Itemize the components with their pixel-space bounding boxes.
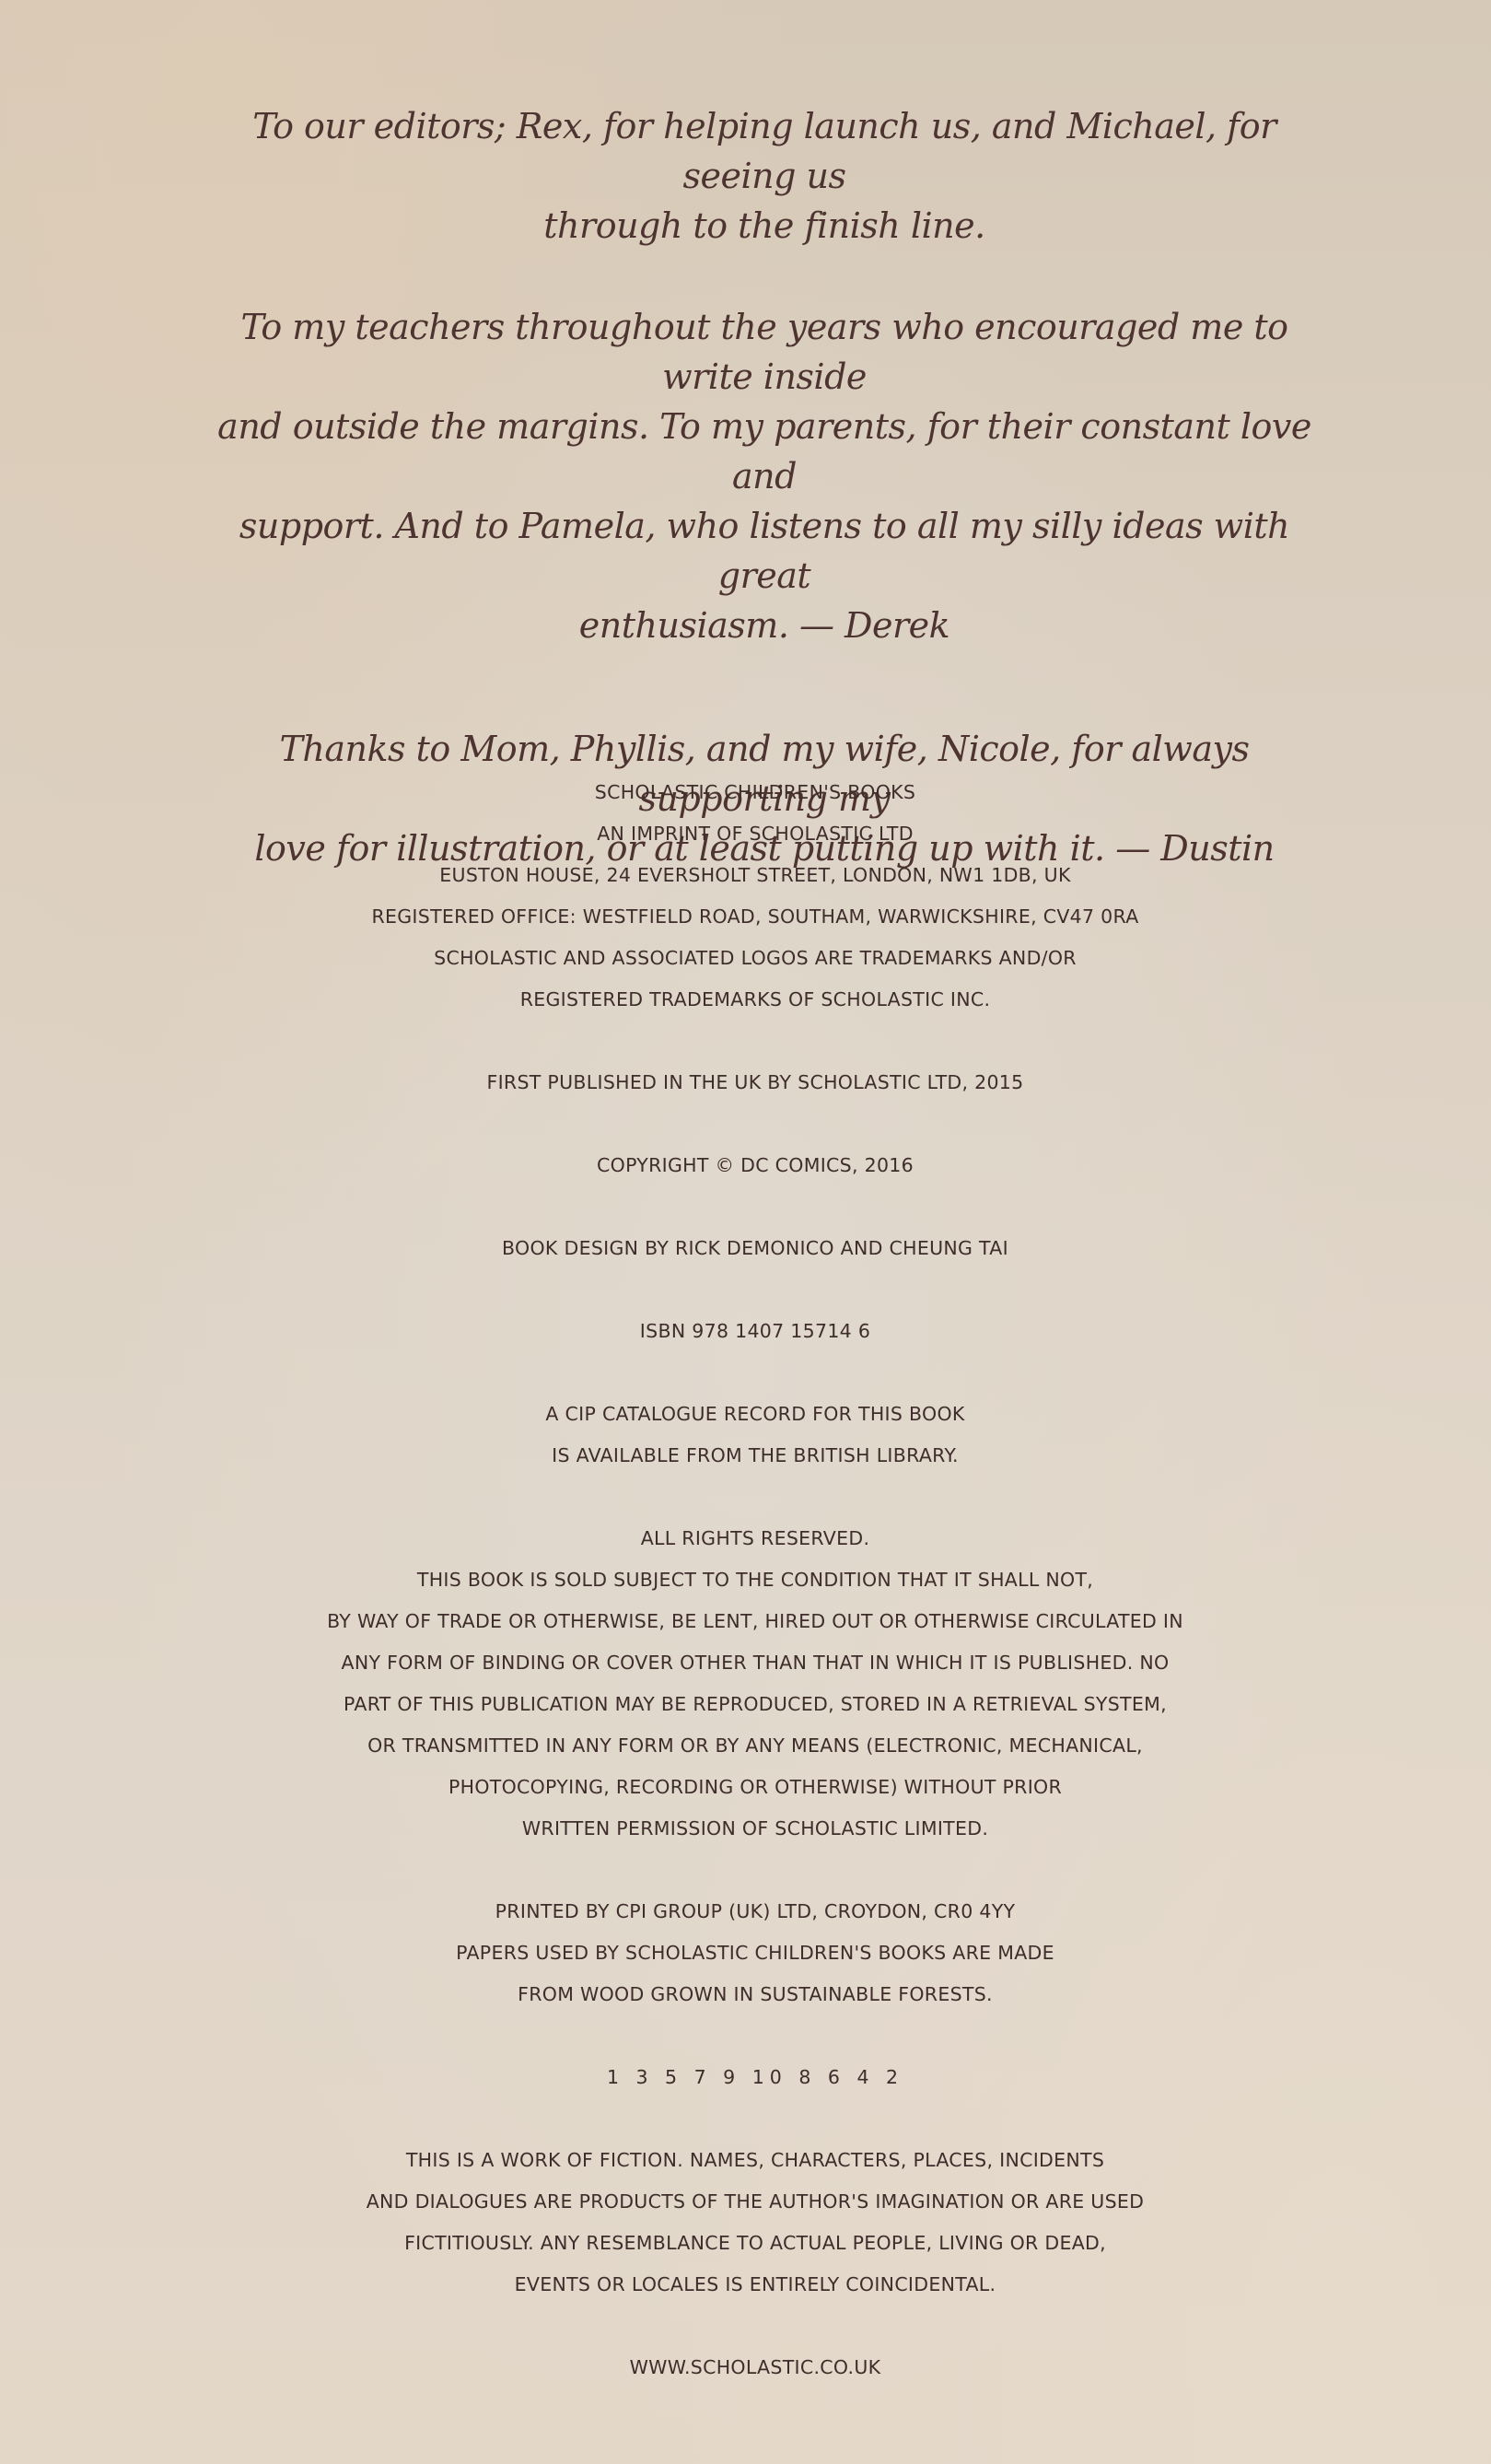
publisher-address: EUSTON HOUSE, 24 EVERSHOLT STREET, LONDO…: [184, 855, 1326, 896]
registered-office: REGISTERED OFFICE: WESTFIELD ROAD, SOUTH…: [184, 896, 1326, 938]
printer-line: FROM WOOD GROWN IN SUSTAINABLE FORESTS.: [184, 1974, 1326, 2015]
dedication-line: support. And to Pamela, who listens to a…: [239, 506, 1289, 596]
rights-line: PHOTOCOPYING, RECORDING OR OTHERWISE) WI…: [184, 1767, 1326, 1808]
trademark-notice: SCHOLASTIC AND ASSOCIATED LOGOS ARE TRAD…: [184, 938, 1326, 979]
copyright-line: COPYRIGHT © DC COMICS, 2016: [184, 1145, 1326, 1186]
dedication-line: enthusiasm. — Derek: [579, 605, 949, 646]
publisher-name: SCHOLASTIC CHILDREN'S BOOKS: [184, 772, 1326, 813]
dedication-line: To our editors; Rex, for helping launch …: [252, 106, 1276, 196]
fiction-line: EVENTS OR LOCALES IS ENTIRELY COINCIDENT…: [184, 2264, 1326, 2306]
rights-line: THIS BOOK IS SOLD SUBJECT TO THE CONDITI…: [184, 1559, 1326, 1601]
fiction-line: AND DIALOGUES ARE PRODUCTS OF THE AUTHOR…: [184, 2181, 1326, 2223]
rights-line: BY WAY OF TRADE OR OTHERWISE, BE LENT, H…: [184, 1601, 1326, 1642]
fiction-notice: THIS IS A WORK OF FICTION. NAMES, CHARAC…: [184, 2140, 1326, 2306]
printer-info: PRINTED BY CPI GROUP (UK) LTD, CROYDON, …: [184, 1891, 1326, 2015]
cip-line: A CIP CATALOGUE RECORD FOR THIS BOOK: [184, 1394, 1326, 1435]
fiction-line: THIS IS A WORK OF FICTION. NAMES, CHARAC…: [184, 2140, 1326, 2181]
dedication-derek: To my teachers throughout the years who …: [212, 302, 1317, 650]
rights-line: OR TRANSMITTED IN ANY FORM OR BY ANY MEA…: [184, 1725, 1326, 1767]
rights-line: WRITTEN PERMISSION OF SCHOLASTIC LIMITED…: [184, 1808, 1326, 1850]
printer-line: PRINTED BY CPI GROUP (UK) LTD, CROYDON, …: [184, 1891, 1326, 1933]
dedication-line: through to the finish line.: [543, 205, 984, 246]
printer-line: PAPERS USED BY SCHOLASTIC CHILDREN'S BOO…: [184, 1933, 1326, 1974]
isbn: ISBN 978 1407 15714 6: [184, 1311, 1326, 1352]
cip-record: A CIP CATALOGUE RECORD FOR THIS BOOK IS …: [184, 1394, 1326, 1477]
rights-line: ALL RIGHTS RESERVED.: [184, 1518, 1326, 1559]
trademark-notice: REGISTERED TRADEMARKS OF SCHOLASTIC INC.: [184, 979, 1326, 1021]
publisher-imprint: AN IMPRINT OF SCHOLASTIC LTD: [184, 813, 1326, 855]
dedication-line: To my teachers throughout the years who …: [240, 307, 1287, 397]
copyright-page: To our editors; Rex, for helping launch …: [0, 0, 1491, 2464]
fiction-line: FICTITIOUSLY. ANY RESEMBLANCE TO ACTUAL …: [184, 2223, 1326, 2264]
publisher-info: SCHOLASTIC CHILDREN'S BOOKS AN IMPRINT O…: [184, 772, 1326, 1021]
first-published: FIRST PUBLISHED IN THE UK BY SCHOLASTIC …: [184, 1062, 1326, 1104]
dedication-line: and outside the margins. To my parents, …: [217, 406, 1311, 496]
imprint-section: SCHOLASTIC CHILDREN'S BOOKS AN IMPRINT O…: [184, 772, 1326, 2388]
cip-line: IS AVAILABLE FROM THE BRITISH LIBRARY.: [184, 1435, 1326, 1477]
rights-line: ANY FORM OF BINDING OR COVER OTHER THAN …: [184, 1642, 1326, 1684]
print-line-numbers: 1 3 5 7 9 10 8 6 4 2: [184, 2057, 1326, 2098]
book-design-credit: BOOK DESIGN BY RICK DEMONICO AND CHEUNG …: [184, 1228, 1326, 1269]
dedication-editors: To our editors; Rex, for helping launch …: [212, 101, 1317, 251]
rights-notice: ALL RIGHTS RESERVED. THIS BOOK IS SOLD S…: [184, 1518, 1326, 1850]
website-url: WWW.SCHOLASTIC.CO.UK: [184, 2347, 1326, 2388]
rights-line: PART OF THIS PUBLICATION MAY BE REPRODUC…: [184, 1684, 1326, 1725]
